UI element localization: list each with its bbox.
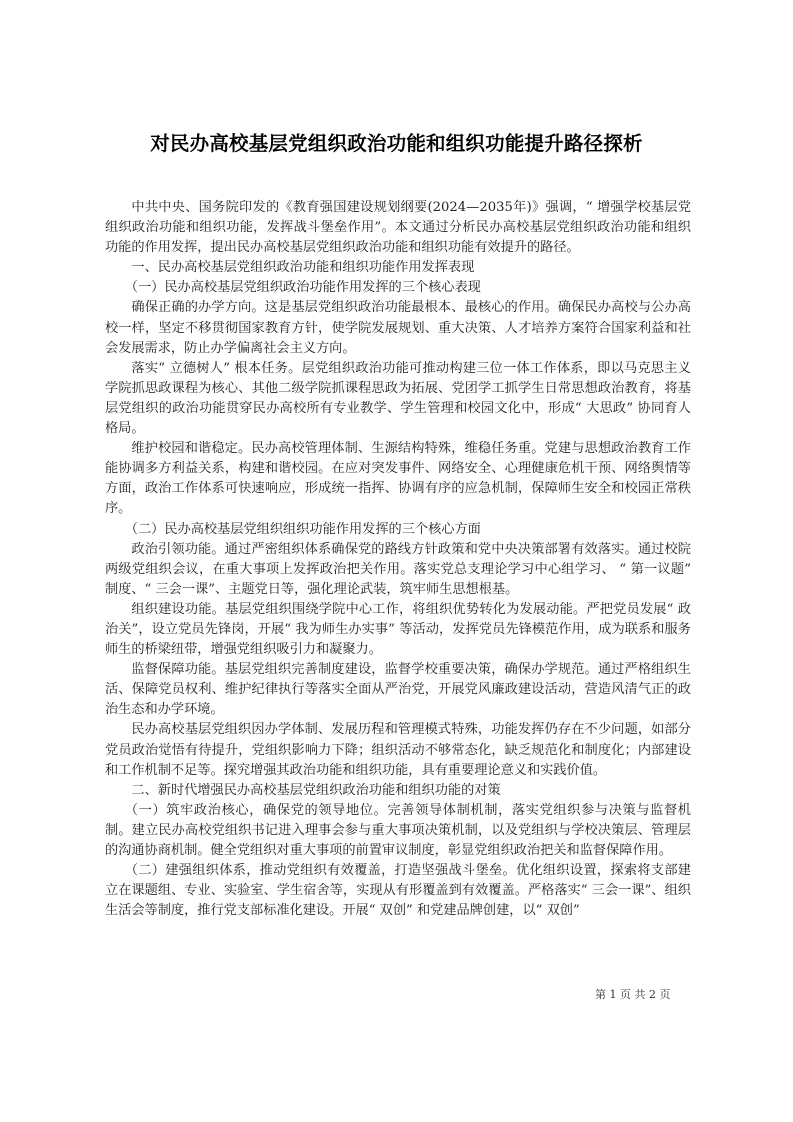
paragraph-subsection-2-1: （一）筑牢政治核心，确保党的领导地位。完善领导体制机制，落实党组织参与决策与监督… [105, 801, 691, 861]
heading-section-1: 一、民办高校基层党组织政治功能和组织功能作用发挥表现 [105, 258, 691, 278]
paragraph: 民办高校基层党组织因办学体制、发展历程和管理模式特殊，功能发挥仍存在不少问题，如… [105, 720, 691, 780]
heading-section-2: 二、新时代增强民办高校基层党组织政治功能和组织功能的对策 [105, 781, 691, 801]
paragraph: 组织建设功能。基层党组织围绕学院中心工作，将组织优势转化为发展动能。严把党员发展… [105, 600, 691, 660]
document-body: 中共中央、国务院印发的《教育强国建设规划纲要(2024—2035年)》强调，“ … [105, 198, 691, 921]
page-number: 第 1 页 共 2 页 [595, 986, 670, 1002]
paragraph: 监督保障功能。基层党组织完善制度建设，监督学校重要决策，确保办学规范。通过严格组… [105, 660, 691, 720]
paragraph: 维护校园和谐稳定。民办高校管理体制、生源结构特殊，维稳任务重。党建与思想政治教育… [105, 439, 691, 519]
paragraph: 落实“ 立德树人” 根本任务。层党组织政治功能可推动构建三位一体工作体系，即以马… [105, 359, 691, 439]
document-title: 对民办高校基层党组织政治功能和组织功能提升路径探析 [0, 128, 793, 156]
document-page: 对民办高校基层党组织政治功能和组织功能提升路径探析 中共中央、国务院印发的《教育… [0, 0, 793, 1122]
paragraph: 确保正确的办学方向。这是基层党组织政治功能最根本、最核心的作用。确保民办高校与公… [105, 298, 691, 358]
paragraph: 政治引领功能。通过严密组织体系确保党的路线方针政策和党中央决策部署有效落实。通过… [105, 540, 691, 600]
heading-subsection-1-2: （二）民办高校基层党组织组织功能作用发挥的三个核心方面 [105, 520, 691, 540]
heading-subsection-1-1: （一）民办高校基层党组织政治功能作用发挥的三个核心表现 [105, 278, 691, 298]
paragraph-subsection-2-2: （二）建强组织体系，推动党组织有效覆盖，打造坚强战斗堡垒。优化组织设置，探索将支… [105, 861, 691, 921]
paragraph-intro: 中共中央、国务院印发的《教育强国建设规划纲要(2024—2035年)》强调，“ … [105, 198, 691, 258]
